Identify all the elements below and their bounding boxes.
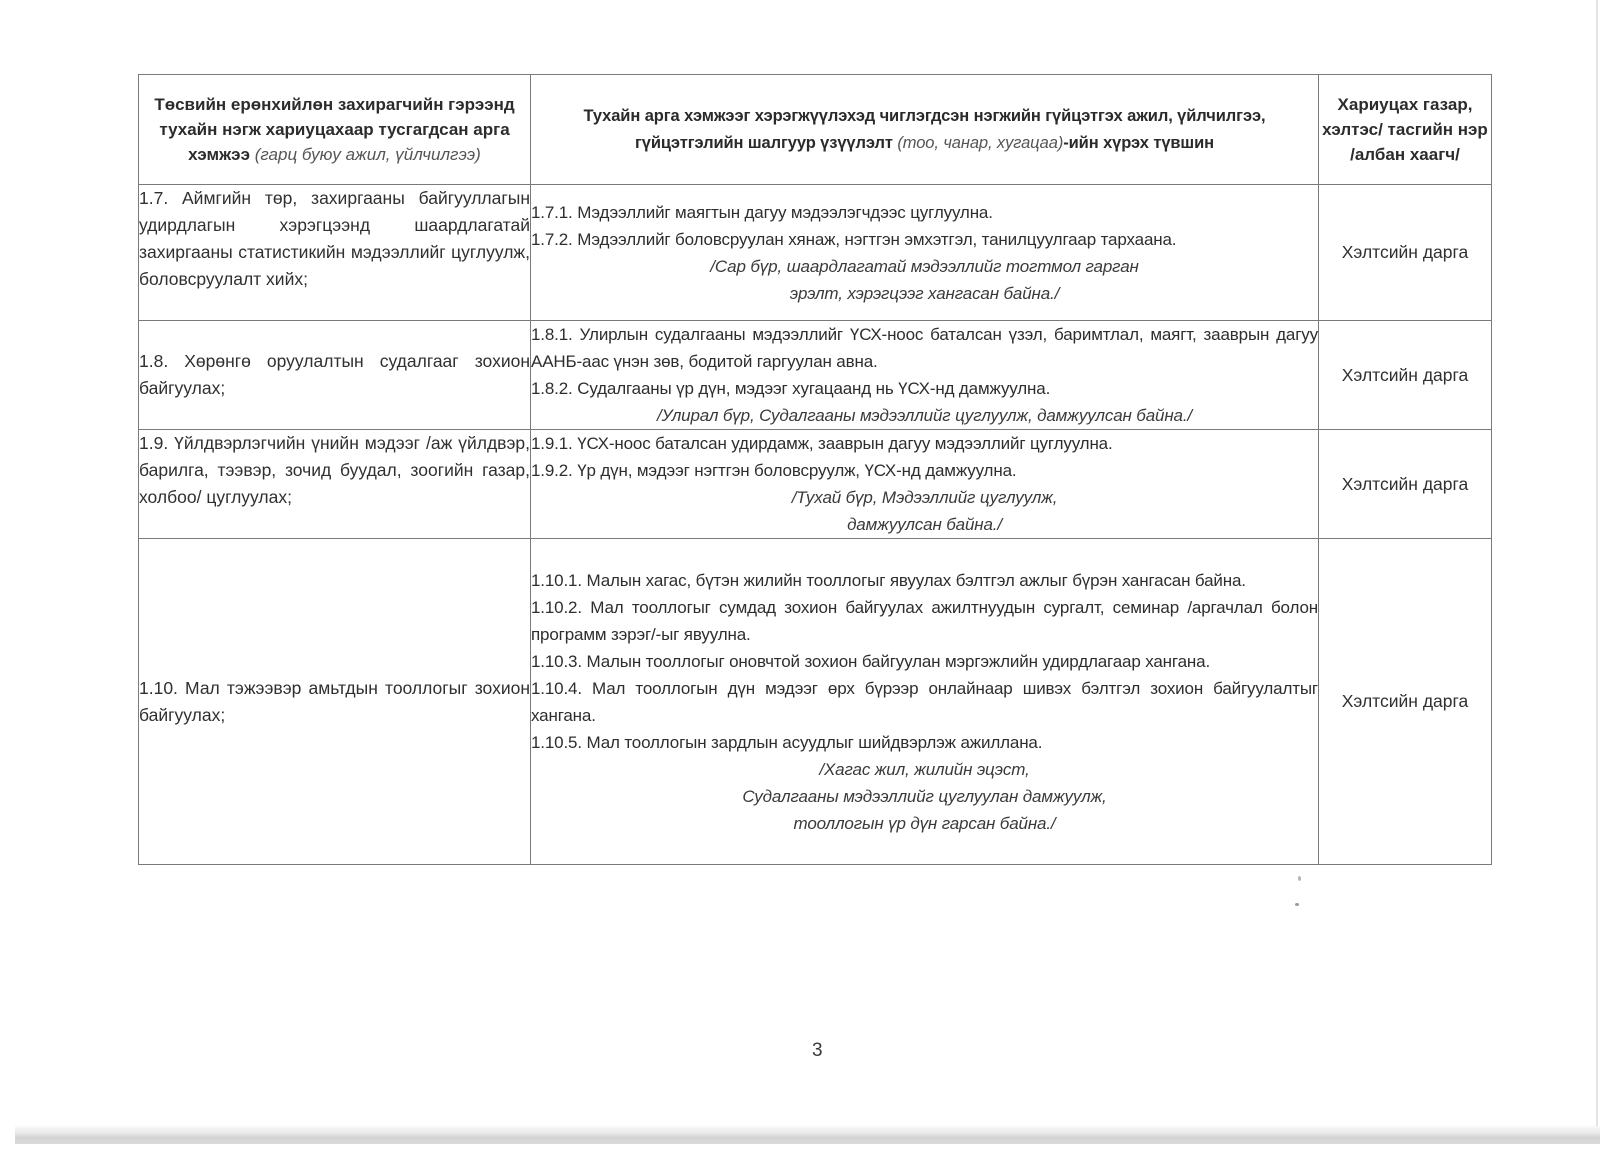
- detail-note: /Сар бүр, шаардлагатай мэдээллийг тогтмо…: [531, 253, 1318, 280]
- detail-cell: 1.10.1. Малын хагас, бүтэн жилийн тоолло…: [531, 539, 1319, 865]
- table-row: 1.7. Аймгийн төр, захиргааны байгууллагы…: [139, 185, 1492, 321]
- detail-note: /Хагас жил, жилийн эцэст,: [531, 756, 1318, 783]
- header-performance-bold-after: -ийн хүрэх түвшин: [1063, 134, 1214, 152]
- performance-plan-table: Төсвийн ерөнхийлөн захирагчийн гэрээнд т…: [138, 74, 1492, 865]
- page-number: 3: [812, 1040, 823, 1062]
- scan-speck: [1298, 876, 1301, 881]
- detail-line: 1.8.2. Судалгааны үр дүн, мэдээг хугацаа…: [531, 375, 1318, 402]
- header-measure: Төсвийн ерөнхийлөн захирагчийн гэрээнд т…: [139, 75, 531, 185]
- detail-line: 1.8.1. Улирлын судалгааны мэдээллийг ҮСХ…: [531, 321, 1318, 375]
- detail-cell: 1.9.1. ҮСХ-ноос баталсан удирдамж, заавр…: [531, 430, 1319, 539]
- header-measure-italic: (гарц буюу ажил, үйлчилгээ): [255, 145, 481, 164]
- table-row: 1.8. Хөрөнгө оруулалтын судалгааг зохион…: [139, 321, 1492, 430]
- header-performance: Тухайн арга хэмжээг хэрэгжүүлэхэд чиглэг…: [531, 75, 1319, 185]
- detail-line: 1.7.2. Мэдээллийг боловсруулан хянаж, нэ…: [531, 226, 1318, 253]
- table-row: 1.10. Мал тэжээвэр амьтдын тооллогыг зох…: [139, 539, 1492, 865]
- detail-note: Судалгааны мэдээллийг цуглуулан дамжуулж…: [531, 783, 1318, 810]
- detail-line: 1.9.1. ҮСХ-ноос баталсан удирдамж, заавр…: [531, 430, 1318, 457]
- responsible-cell: Хэлтсийн дарга: [1319, 430, 1492, 539]
- detail-line: 1.10.2. Мал тооллогыг сумдад зохион байг…: [531, 594, 1318, 648]
- table-row: 1.9. Үйлдвэрлэгчийн үнийн мэдээг /аж үйл…: [139, 430, 1492, 539]
- responsible-cell: Хэлтсийн дарга: [1319, 185, 1492, 321]
- detail-note: /Тухай бүр, Мэдээллийг цуглуулж,: [531, 484, 1318, 511]
- detail-cell: 1.7.1. Мэдээллийг маягтын дагуу мэдээлэг…: [531, 185, 1319, 321]
- task-cell: 1.9. Үйлдвэрлэгчийн үнийн мэдээг /аж үйл…: [139, 430, 531, 539]
- task-cell: 1.7. Аймгийн төр, захиргааны байгууллагы…: [139, 185, 531, 321]
- detail-line: 1.7.1. Мэдээллийг маягтын дагуу мэдээлэг…: [531, 199, 1318, 226]
- table-body: 1.7. Аймгийн төр, захиргааны байгууллагы…: [139, 185, 1492, 865]
- detail-note: /Улирал бүр, Судалгааны мэдээллийг цуглу…: [531, 402, 1318, 429]
- detail-line: 1.10.1. Малын хагас, бүтэн жилийн тоолло…: [531, 567, 1318, 594]
- document-page: Төсвийн ерөнхийлөн захирагчийн гэрээнд т…: [0, 0, 1600, 1163]
- detail-note: дамжуулсан байна./: [531, 511, 1318, 538]
- detail-line: 1.10.4. Мал тооллогын дүн мэдээг өрх бүр…: [531, 675, 1318, 729]
- header-responsible: Хариуцах газар, хэлтэс/ тасгийн нэр /алб…: [1319, 75, 1492, 185]
- responsible-cell: Хэлтсийн дарга: [1319, 321, 1492, 430]
- detail-cell: 1.8.1. Улирлын судалгааны мэдээллийг ҮСХ…: [531, 321, 1319, 430]
- detail-note: тооллогын үр дүн гарсан байна./: [531, 810, 1318, 837]
- task-cell: 1.8. Хөрөнгө оруулалтын судалгааг зохион…: [139, 321, 531, 430]
- scan-speck: [1295, 903, 1299, 906]
- detail-line: 1.10.5. Мал тооллогын зардлын асуудлыг ш…: [531, 729, 1318, 756]
- task-cell: 1.10. Мал тэжээвэр амьтдын тооллогыг зох…: [139, 539, 531, 865]
- responsible-cell: Хэлтсийн дарга: [1319, 539, 1492, 865]
- header-performance-italic: (тоо, чанар, хугацаа): [897, 134, 1063, 152]
- scan-edge: [15, 1128, 1600, 1144]
- table-header-row: Төсвийн ерөнхийлөн захирагчийн гэрээнд т…: [139, 75, 1492, 185]
- detail-note: эрэлт, хэрэгцээг хангасан байна./: [531, 280, 1318, 307]
- scan-edge: [1596, 0, 1598, 1140]
- detail-line: 1.10.3. Малын тооллогыг оновчтой зохион …: [531, 648, 1318, 675]
- detail-line: 1.9.2. Үр дүн, мэдээг нэгтгэн боловсруул…: [531, 457, 1318, 484]
